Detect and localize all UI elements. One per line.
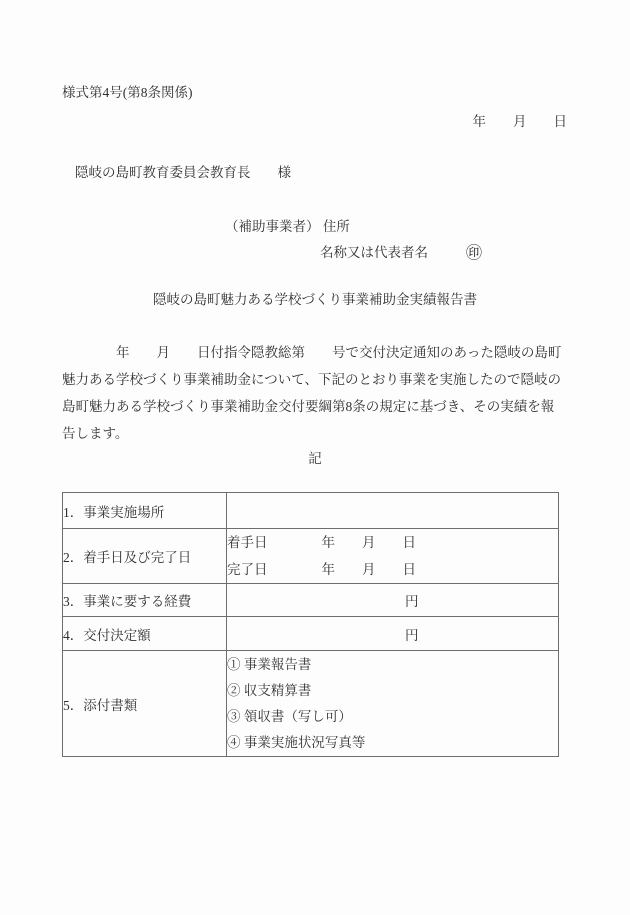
table-row-attached-documents: 5．添付書類 ① 事業報告書 ② 収支精算書 ③ 領収書（写し可） ④ 事業実施… [63, 651, 559, 757]
row-value: 着手日 年 月 日 完了日 年 月 日 [227, 529, 559, 584]
record-mark: 記 [0, 447, 630, 467]
attachment-item: ③ 領収書（写し可） [227, 704, 558, 730]
date-line: 年 月 日 [473, 110, 568, 130]
table-row-project-cost: 3．事業に要する経費 円 [63, 584, 559, 617]
seal-mark-icon: ㊞ [466, 246, 482, 262]
body-line: 魅力ある学校づくり事業補助金について、下記のとおり事業を実施したので隠岐の [62, 366, 568, 393]
attachment-item: ② 収支精算書 [227, 678, 558, 704]
addressee-line: 隠岐の島町教育委員会教育長 様 [75, 161, 291, 181]
form-number: 様式第4号(第8条関係) [62, 81, 193, 101]
row-label: 1．事業実施場所 [63, 493, 227, 529]
end-date-line: 完了日 年 月 日 [227, 556, 558, 583]
row-label: 4．交付決定額 [63, 617, 227, 651]
name-or-representative-line: 名称又は代表者名㊞ [320, 241, 482, 262]
row-label: 5．添付書類 [63, 651, 227, 757]
row-label: 2．着手日及び完了日 [63, 529, 227, 584]
body-line: 島町魅力ある学校づくり事業補助金交付要綱第8条の規定に基づき、その実績を報 [62, 393, 568, 420]
row-label: 3．事業に要する経費 [63, 584, 227, 617]
document-page: 様式第4号(第8条関係) 年 月 日 隠岐の島町教育委員会教育長 様 （補助事業… [0, 0, 630, 915]
report-table: 1．事業実施場所 2．着手日及び完了日 着手日 年 月 日 完了日 年 月 日 … [62, 492, 559, 757]
start-date-line: 着手日 年 月 日 [227, 529, 558, 556]
row-value: 円 [227, 617, 559, 651]
name-or-representative-label: 名称又は代表者名 [320, 245, 428, 260]
yen-unit: 円 [405, 624, 419, 644]
yen-unit: 円 [405, 590, 419, 610]
body-paragraph: 年 月 日付指令隠教総第 号で交付決定通知のあった隠岐の島町 魅力ある学校づくり… [62, 339, 568, 447]
body-line: 告します。 [62, 420, 568, 447]
body-line: 年 月 日付指令隠教総第 号で交付決定通知のあった隠岐の島町 [62, 339, 568, 366]
table-row-grant-decision-amount: 4．交付決定額 円 [63, 617, 559, 651]
table-row-project-location: 1．事業実施場所 [63, 493, 559, 529]
row-value: ① 事業報告書 ② 収支精算書 ③ 領収書（写し可） ④ 事業実施状況写真等 [227, 651, 559, 757]
attachment-item: ① 事業報告書 [227, 652, 558, 678]
applicant-address-label: （補助事業者） 住所 [225, 215, 350, 235]
document-title: 隠岐の島町魅力ある学校づくり事業補助金実績報告書 [0, 288, 630, 308]
row-value [227, 493, 559, 529]
table-row-start-end-dates: 2．着手日及び完了日 着手日 年 月 日 完了日 年 月 日 [63, 529, 559, 584]
attachment-item: ④ 事業実施状況写真等 [227, 730, 558, 756]
row-value: 円 [227, 584, 559, 617]
